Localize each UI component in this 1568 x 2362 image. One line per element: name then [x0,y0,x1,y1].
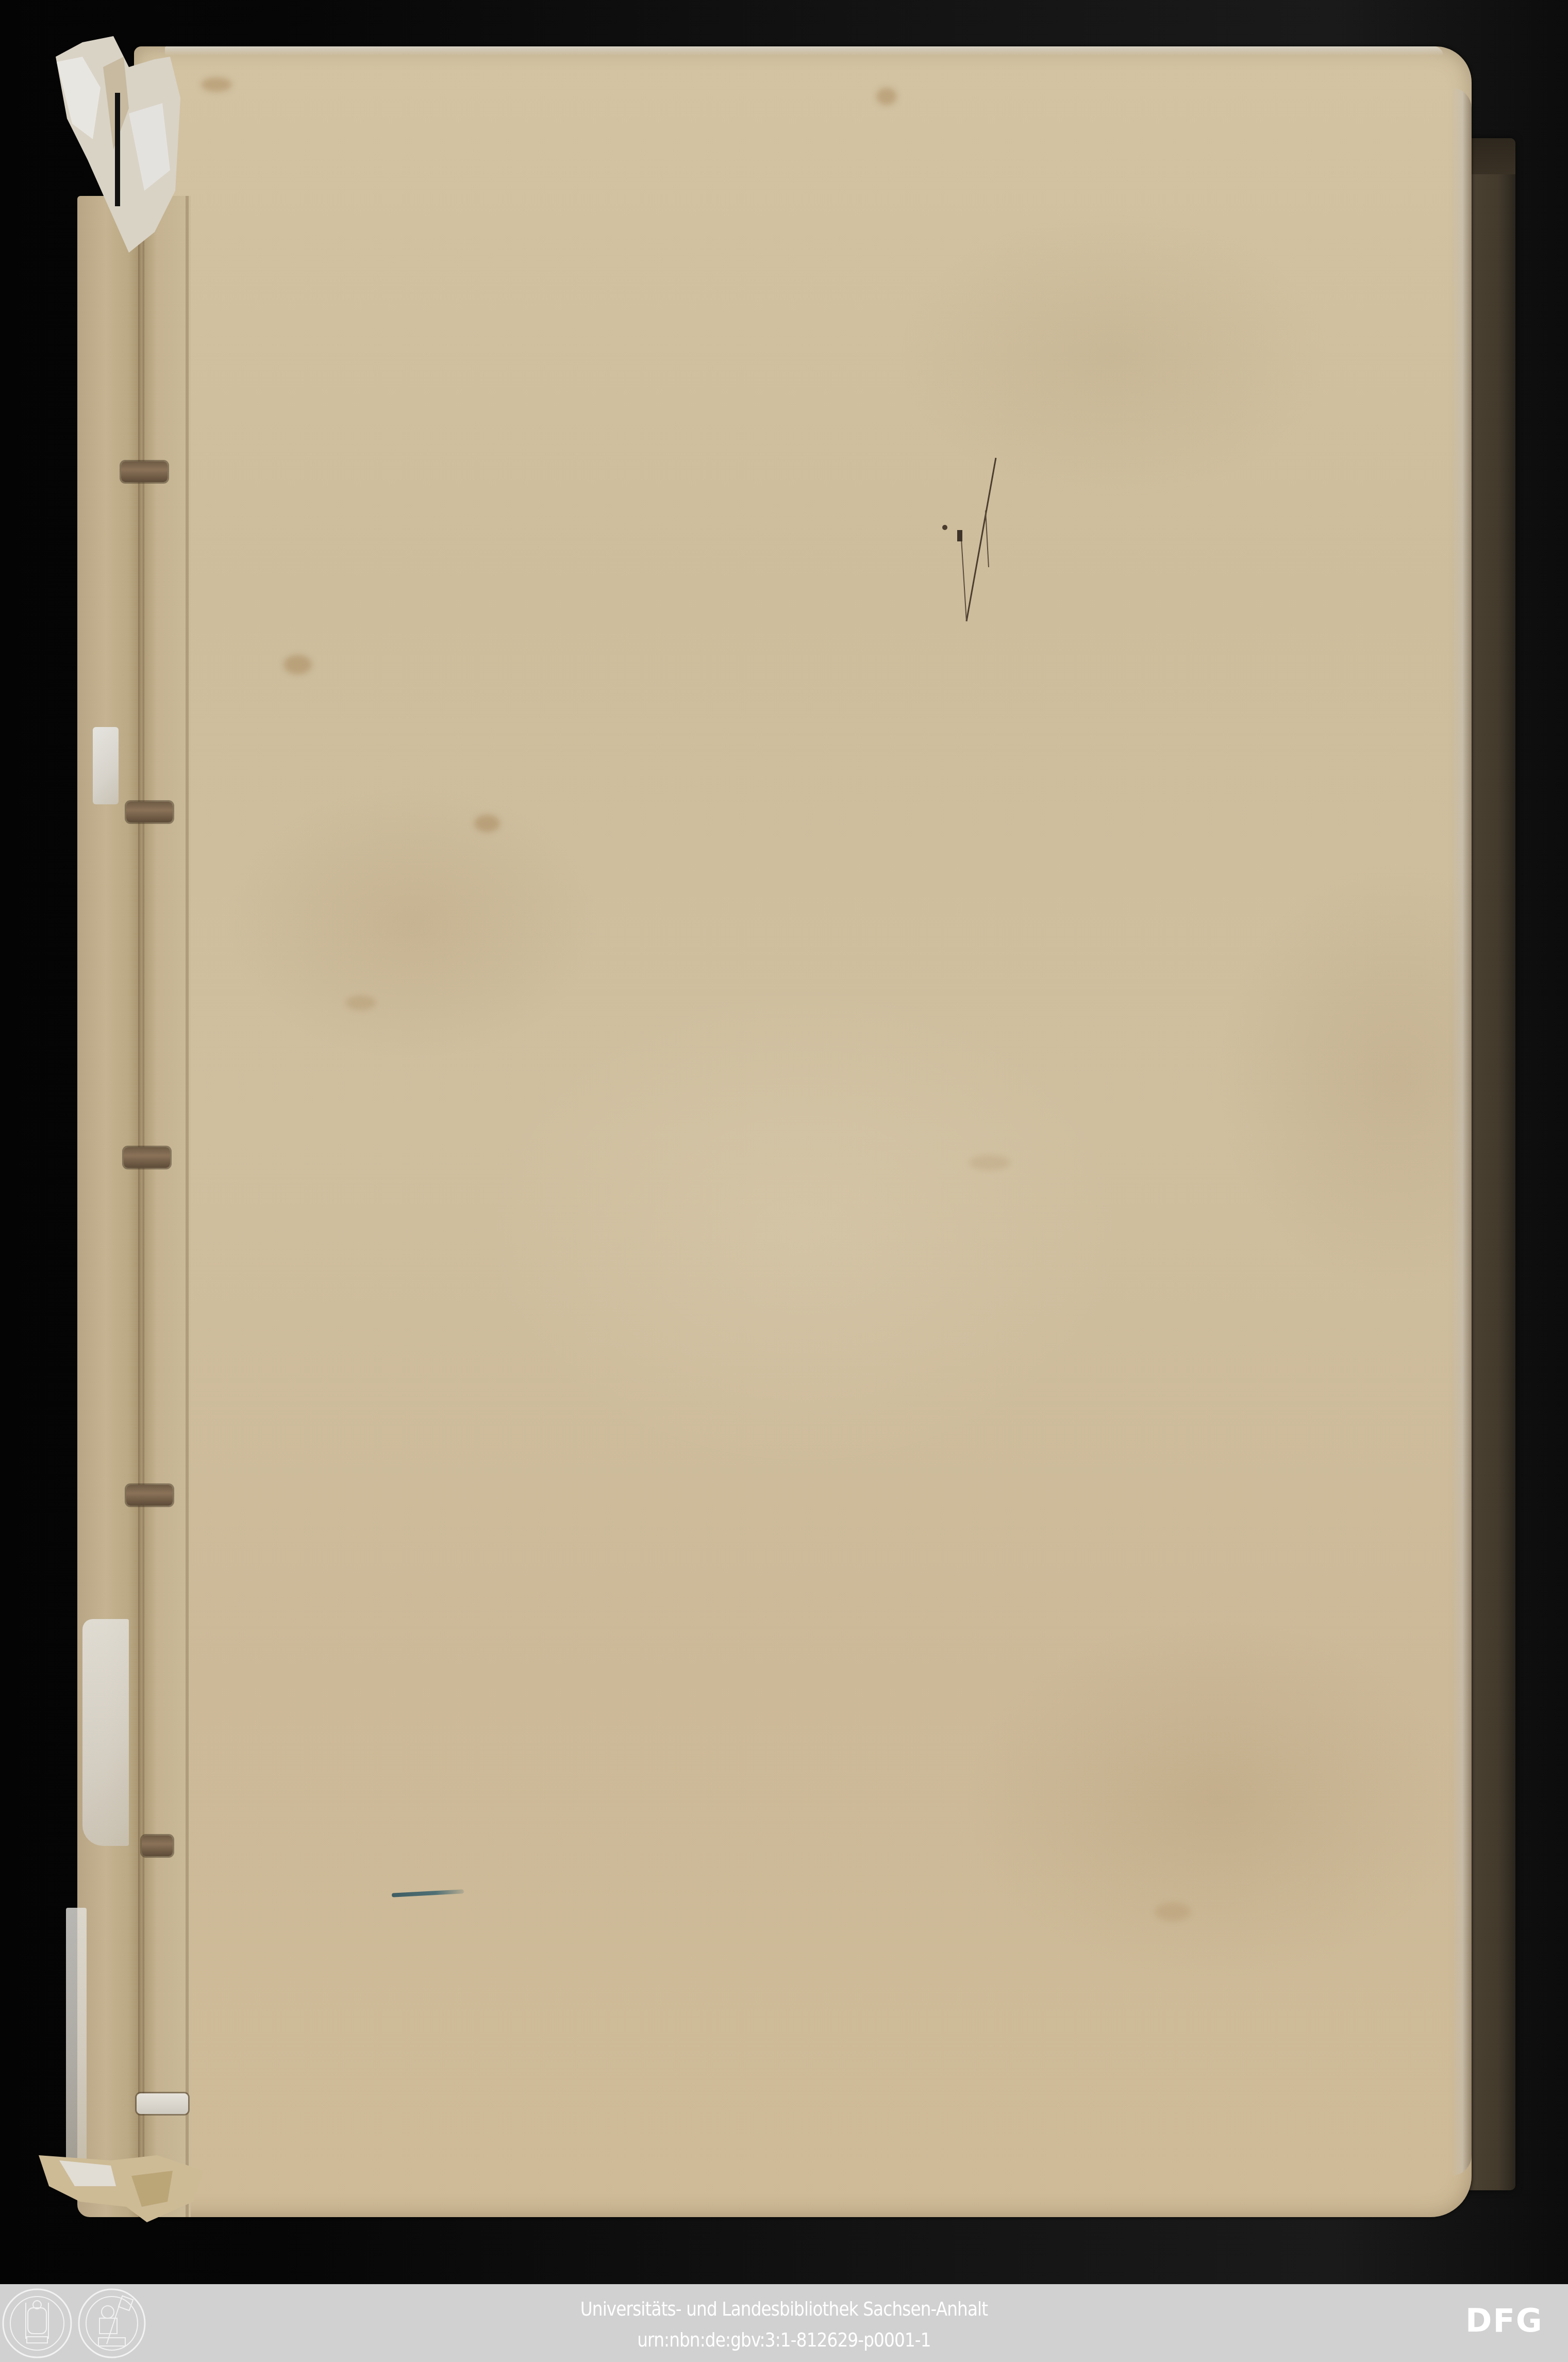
sewing-band [126,1485,173,1506]
stain [1155,1903,1191,1921]
attribution-footer: Universitäts- und Landesbibliothek Sachs… [0,2284,1568,2362]
stain [474,815,500,832]
exposed-paper [66,1908,87,2166]
institution-name: Universitäts- und Landesbibliothek Sachs… [110,2298,1458,2320]
book-spine [77,196,191,2217]
sewing-band [142,1836,173,1856]
sewing-band [121,461,168,482]
cover-right-edge [1451,88,1472,2176]
spine-groove [138,196,144,2217]
sewing-band [126,802,173,822]
torn-corner-top [52,36,180,253]
stain [969,1155,1010,1170]
front-cover [134,46,1472,2217]
stain [201,77,232,92]
torn-corner-bottom [39,2155,204,2222]
dfg-logo: DFG [1465,2305,1558,2337]
urn-identifier: urn:nbn:de:gbv:3:1-812629-p0001-1 [110,2328,1458,2351]
university-seal-icon [1,2287,73,2359]
book-scan [0,0,1568,2284]
stain [345,995,376,1011]
sewing-band [137,2093,188,2114]
spine-groove [186,196,189,2217]
exposed-paper [93,727,119,804]
stain [283,655,312,674]
sewing-band [124,1147,170,1168]
cover-top-edge [165,46,1443,56]
pencil-mark [876,412,1082,645]
stain [876,88,897,105]
exposed-paper [82,1619,129,1846]
